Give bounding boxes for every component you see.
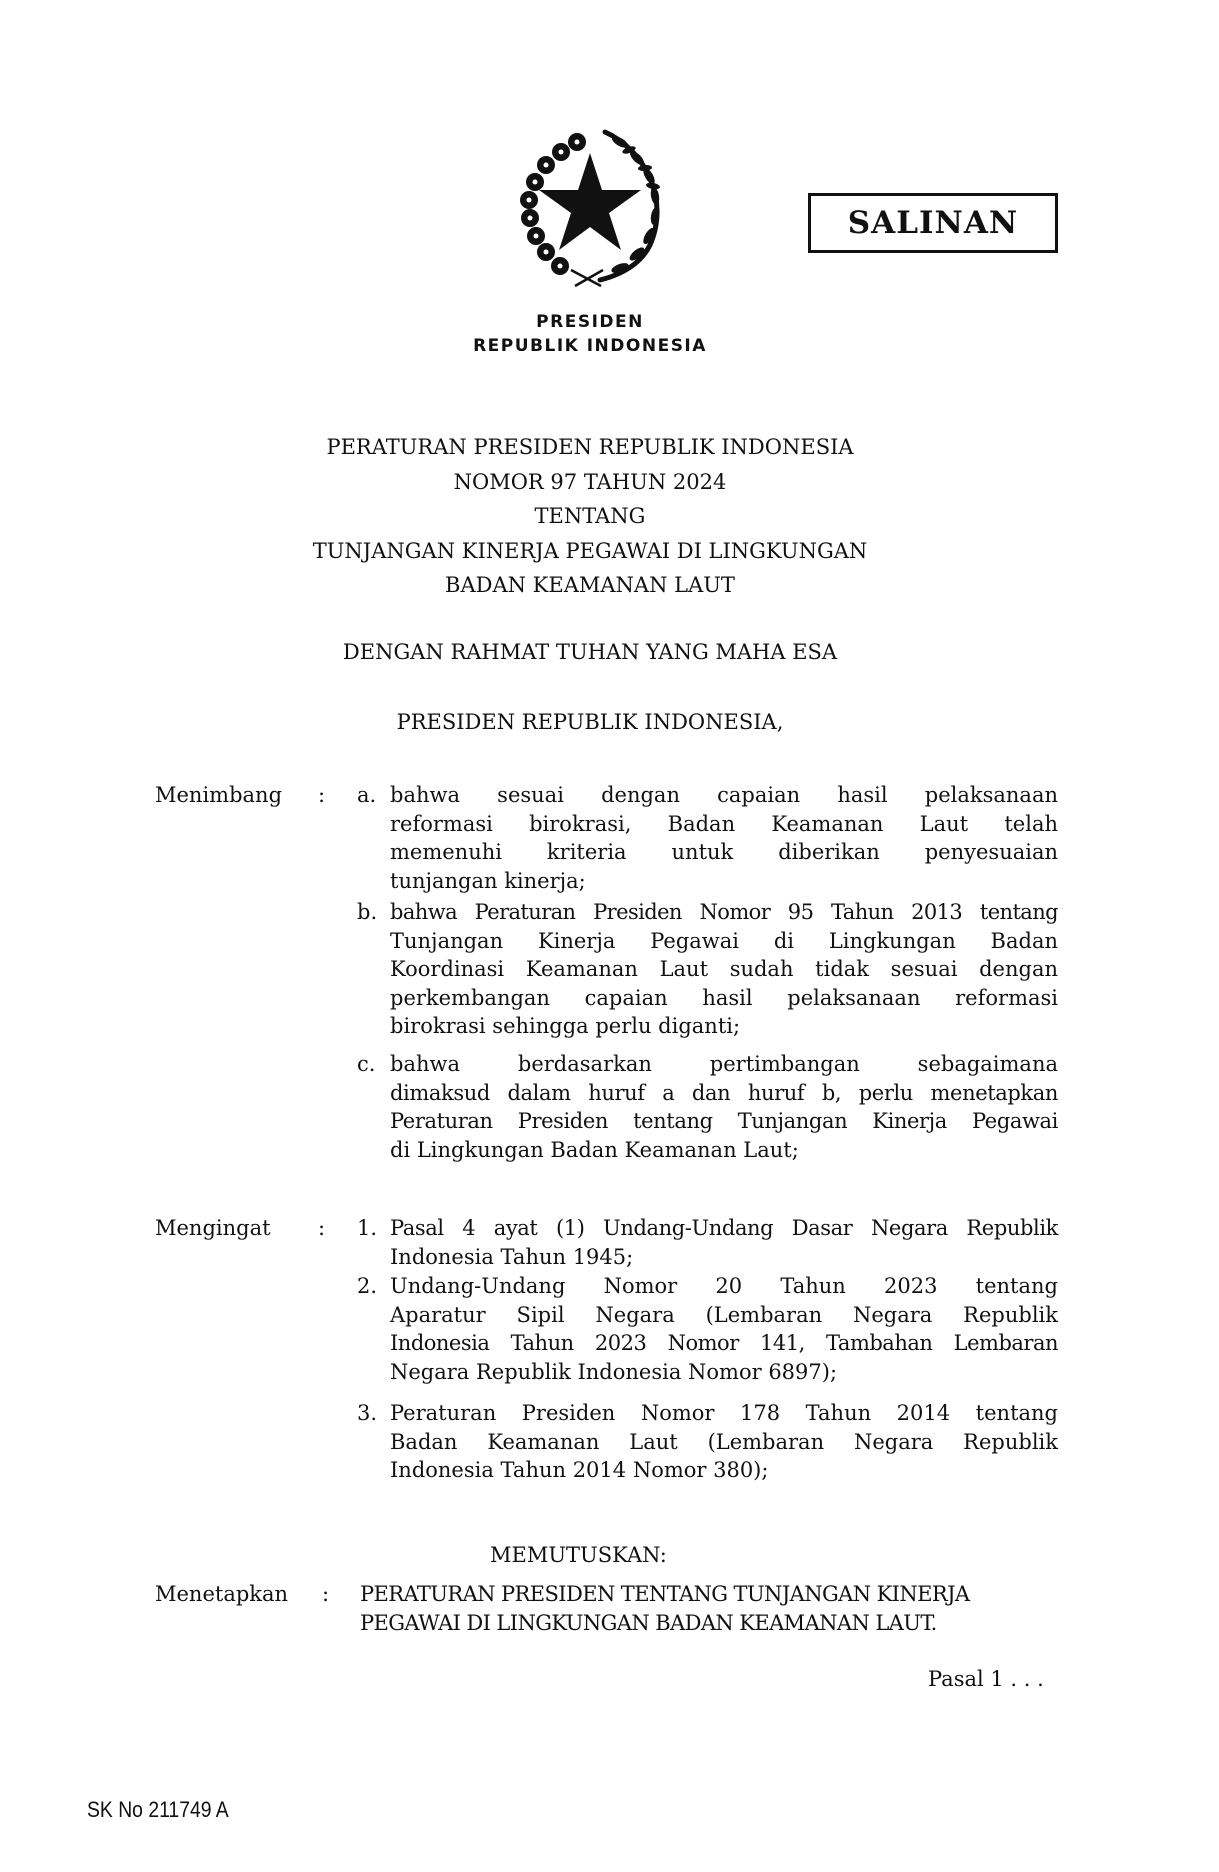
text-line: Undang-Undang Nomor 20 Tahun 2023 tentan… xyxy=(390,1272,1058,1301)
mengingat-colon: : xyxy=(318,1214,325,1243)
text-line: di Lingkungan Badan Keamanan Laut; xyxy=(390,1136,1058,1165)
mengingat-marker-3: 3. xyxy=(357,1399,377,1428)
text-line: Koordinasi Keamanan Laut sudah tidak ses… xyxy=(390,955,1058,984)
text-line: memenuhi kriteria untuk diberikan penyes… xyxy=(390,838,1058,867)
title-line-subject: TUNJANGAN KINERJA PEGAWAI DI LINGKUNGAN xyxy=(200,534,980,569)
menimbang-marker-c: c. xyxy=(357,1050,375,1079)
menimbang-label: Menimbang xyxy=(155,781,282,810)
invocation: DENGAN RAHMAT TUHAN YANG MAHA ESA xyxy=(200,635,980,670)
title-line-agency: BADAN KEAMANAN LAUT xyxy=(200,568,980,603)
mengingat-marker-1: 1. xyxy=(357,1214,377,1243)
issuer-line: PRESIDEN REPUBLIK INDONESIA, xyxy=(200,705,980,740)
text-line: Indonesia Tahun 2014 Nomor 380); xyxy=(390,1456,1058,1485)
presidential-emblem-icon xyxy=(505,120,675,290)
menimbang-marker-b: b. xyxy=(357,898,377,927)
text-line: reformasi birokrasi, Badan Keamanan Laut… xyxy=(390,810,1058,839)
text-line: Peraturan Presiden tentang Tunjangan Kin… xyxy=(390,1107,1058,1136)
text-line: tunjangan kinerja; xyxy=(390,867,1058,896)
title-line-number: NOMOR 97 TAHUN 2024 xyxy=(200,465,980,500)
text-line: Indonesia Tahun 1945; xyxy=(390,1243,1058,1272)
title-line-about: TENTANG xyxy=(200,499,980,534)
text-line: Peraturan Presiden Nomor 178 Tahun 2014 … xyxy=(390,1399,1058,1428)
text-line: Tunjangan Kinerja Pegawai di Lingkungan … xyxy=(390,927,1058,956)
menimbang-colon: : xyxy=(318,781,325,810)
text-line: bahwa berdasarkan pertimbangan sebagaima… xyxy=(390,1050,1058,1079)
text-line: PERATURAN PRESIDEN TENTANG TUNJANGAN KIN… xyxy=(360,1580,1060,1609)
text-line: birokrasi sehingga perlu diganti; xyxy=(390,1012,1058,1041)
menetapkan-text: PERATURAN PRESIDEN TENTANG TUNJANGAN KIN… xyxy=(360,1580,1060,1637)
text-line: Aparatur Sipil Negara (Lembaran Negara R… xyxy=(390,1301,1058,1330)
salinan-stamp: SALINAN xyxy=(808,193,1058,253)
mengingat-marker-2: 2. xyxy=(357,1272,377,1301)
continuation-marker: Pasal 1 . . . xyxy=(928,1665,1044,1694)
mengingat-item-1: Pasal 4 ayat (1) Undang-Undang Dasar Neg… xyxy=(390,1214,1058,1271)
mengingat-label: Mengingat xyxy=(155,1214,271,1243)
title-line-regulation: PERATURAN PRESIDEN REPUBLIK INDONESIA xyxy=(200,430,980,465)
text-line: bahwa Peraturan Presiden Nomor 95 Tahun … xyxy=(390,898,1058,927)
text-line: Badan Keamanan Laut (Lembaran Negara Rep… xyxy=(390,1428,1058,1457)
menimbang-item-b: bahwa Peraturan Presiden Nomor 95 Tahun … xyxy=(390,898,1058,1041)
text-line: PEGAWAI DI LINGKUNGAN BADAN KEAMANAN LAU… xyxy=(360,1609,1060,1638)
menetapkan-colon: : xyxy=(322,1580,329,1609)
salinan-stamp-text: SALINAN xyxy=(848,205,1018,241)
decision-heading: MEMUTUSKAN: xyxy=(490,1541,667,1570)
office-line-republic: REPUBLIK INDONESIA xyxy=(400,336,780,356)
text-line: Indonesia Tahun 2023 Nomor 141, Tambahan… xyxy=(390,1329,1058,1358)
text-line: Negara Republik Indonesia Nomor 6897); xyxy=(390,1358,1058,1387)
mengingat-item-3: Peraturan Presiden Nomor 178 Tahun 2014 … xyxy=(390,1399,1058,1485)
office-line-president: PRESIDEN xyxy=(400,312,780,332)
text-line: Pasal 4 ayat (1) Undang-Undang Dasar Neg… xyxy=(390,1214,1058,1243)
menimbang-item-c: bahwa berdasarkan pertimbangan sebagaima… xyxy=(390,1050,1058,1164)
mengingat-item-2: Undang-Undang Nomor 20 Tahun 2023 tentan… xyxy=(390,1272,1058,1386)
text-line: bahwa sesuai dengan capaian hasil pelaks… xyxy=(390,781,1058,810)
text-line: dimaksud dalam huruf a dan huruf b, perl… xyxy=(390,1079,1058,1108)
text-line: perkembangan capaian hasil pelaksanaan r… xyxy=(390,984,1058,1013)
menimbang-item-a: bahwa sesuai dengan capaian hasil pelaks… xyxy=(390,781,1058,895)
document-serial-number: SK No 211749 A xyxy=(87,1797,229,1823)
menetapkan-label: Menetapkan xyxy=(155,1580,288,1609)
menimbang-marker-a: a. xyxy=(357,781,376,810)
